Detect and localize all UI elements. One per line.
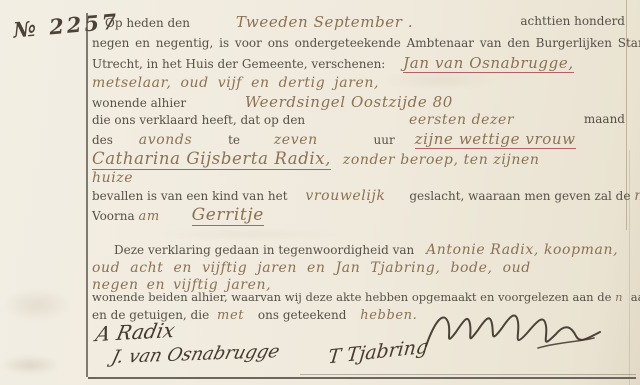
document-line: metselaar, oud vijf en dertig jaren, xyxy=(92,76,625,90)
handwritten-text: avonds xyxy=(139,133,192,147)
signature-official-flourish xyxy=(418,298,618,364)
document-line: oud acht en vijftig jaren en Jan Tjabrin… xyxy=(92,261,625,275)
handwritten-text: Tweeden September . xyxy=(236,15,413,30)
signature-witness-radix: A Radix xyxy=(94,318,177,346)
handwritten-text: zonder beroep, ten zijnen xyxy=(343,153,540,167)
handwritten-text: met xyxy=(217,309,244,322)
scanned-birth-record: № 2257 Op heden den Tweeden September . … xyxy=(0,0,640,385)
printed-text: des xyxy=(92,134,113,146)
printed-text: ons geteekend xyxy=(258,309,347,321)
handwritten-text: vrouwelijk xyxy=(305,189,385,203)
printed-text: Utrecht, in het Huis der Gemeente, versc… xyxy=(92,58,385,70)
printed-text: uur xyxy=(374,134,395,146)
document-line: Deze verklaring gedaan in tegenwoordighe… xyxy=(92,243,625,257)
printed-text: achttien honderd xyxy=(520,15,625,27)
document-line: Utrecht, in het Huis der Gemeente, versc… xyxy=(92,56,625,73)
handwritten-text: am xyxy=(138,210,159,223)
document-line: Voorna am Gerritje xyxy=(92,207,625,226)
document-line: negen en negentig, is voor ons ondergete… xyxy=(92,37,625,49)
printed-text: wonende alhier xyxy=(92,97,186,109)
document-line: bevallen is van een kind van het vrouwel… xyxy=(92,189,625,203)
document-line: Op heden den Tweeden September . achttie… xyxy=(92,15,625,30)
handwritten-text: metselaar, oud vijf en dertig jaren, xyxy=(92,76,379,90)
handwritten-text: n xyxy=(634,189,640,203)
handwritten-text: huize xyxy=(92,171,133,185)
ink-bleedthrough-smudge xyxy=(380,70,500,90)
document-line: die ons verklaard heeft, dat op den eers… xyxy=(92,113,625,127)
printed-text: die ons verklaard heeft, dat op den xyxy=(92,114,305,126)
record-bottom-rule xyxy=(88,377,636,379)
ink-bleedthrough-smudge xyxy=(0,355,60,375)
handwritten-text: oud acht en vijftig jaren en Jan Tjabrin… xyxy=(92,261,531,275)
handwritten-text: zeven xyxy=(274,133,318,147)
handwritten-text: Weerdsingel Oostzijde 80 xyxy=(245,95,453,110)
margin-divider-rule xyxy=(86,13,88,377)
ink-bleedthrough-smudge xyxy=(150,228,350,240)
printed-text: Op heden den xyxy=(105,17,190,29)
signature-witness-tjabring: T Tjabring xyxy=(327,336,429,369)
handwritten-text: Antonie Radix, koopman, xyxy=(426,243,618,257)
document-line: des avonds te zeven uur zijne wettige vr… xyxy=(92,132,625,149)
printed-text: maand xyxy=(584,113,625,125)
record-bottom-rule-faint xyxy=(300,374,636,375)
handwritten-underlined-text: Gerritje xyxy=(192,207,264,226)
signature-declarant-osnabrugge: J. van Osnabrugge xyxy=(109,341,281,368)
ink-bleedthrough-smudge xyxy=(2,288,72,322)
printed-text: Voorna xyxy=(92,210,135,222)
handwritten-underlined-text: zijne wettige vrouw xyxy=(415,132,576,149)
printed-text: aange xyxy=(631,292,640,304)
printed-text: Deze verklaring gedaan in tegenwoordighe… xyxy=(114,244,414,256)
handwritten-underlined-text: Catharina Gijsberta Radix, xyxy=(92,151,331,170)
printed-text: negen en negentig, is voor ons ondergete… xyxy=(92,37,640,49)
document-line: wonende alhier Weerdsingel Oostzijde 80 xyxy=(92,95,625,110)
handwritten-text: hebben. xyxy=(360,309,417,322)
printed-text: te xyxy=(228,134,240,146)
document-line: Catharina Gijsberta Radix, zonder beroep… xyxy=(92,151,625,170)
document-line: huize xyxy=(92,171,625,185)
page-fold-line-lower xyxy=(629,150,630,385)
printed-text: geslacht, waaraan men geven zal de xyxy=(409,190,630,202)
printed-text: bevallen is van een kind van het xyxy=(92,190,288,202)
handwritten-text: eersten dezer xyxy=(409,113,514,127)
